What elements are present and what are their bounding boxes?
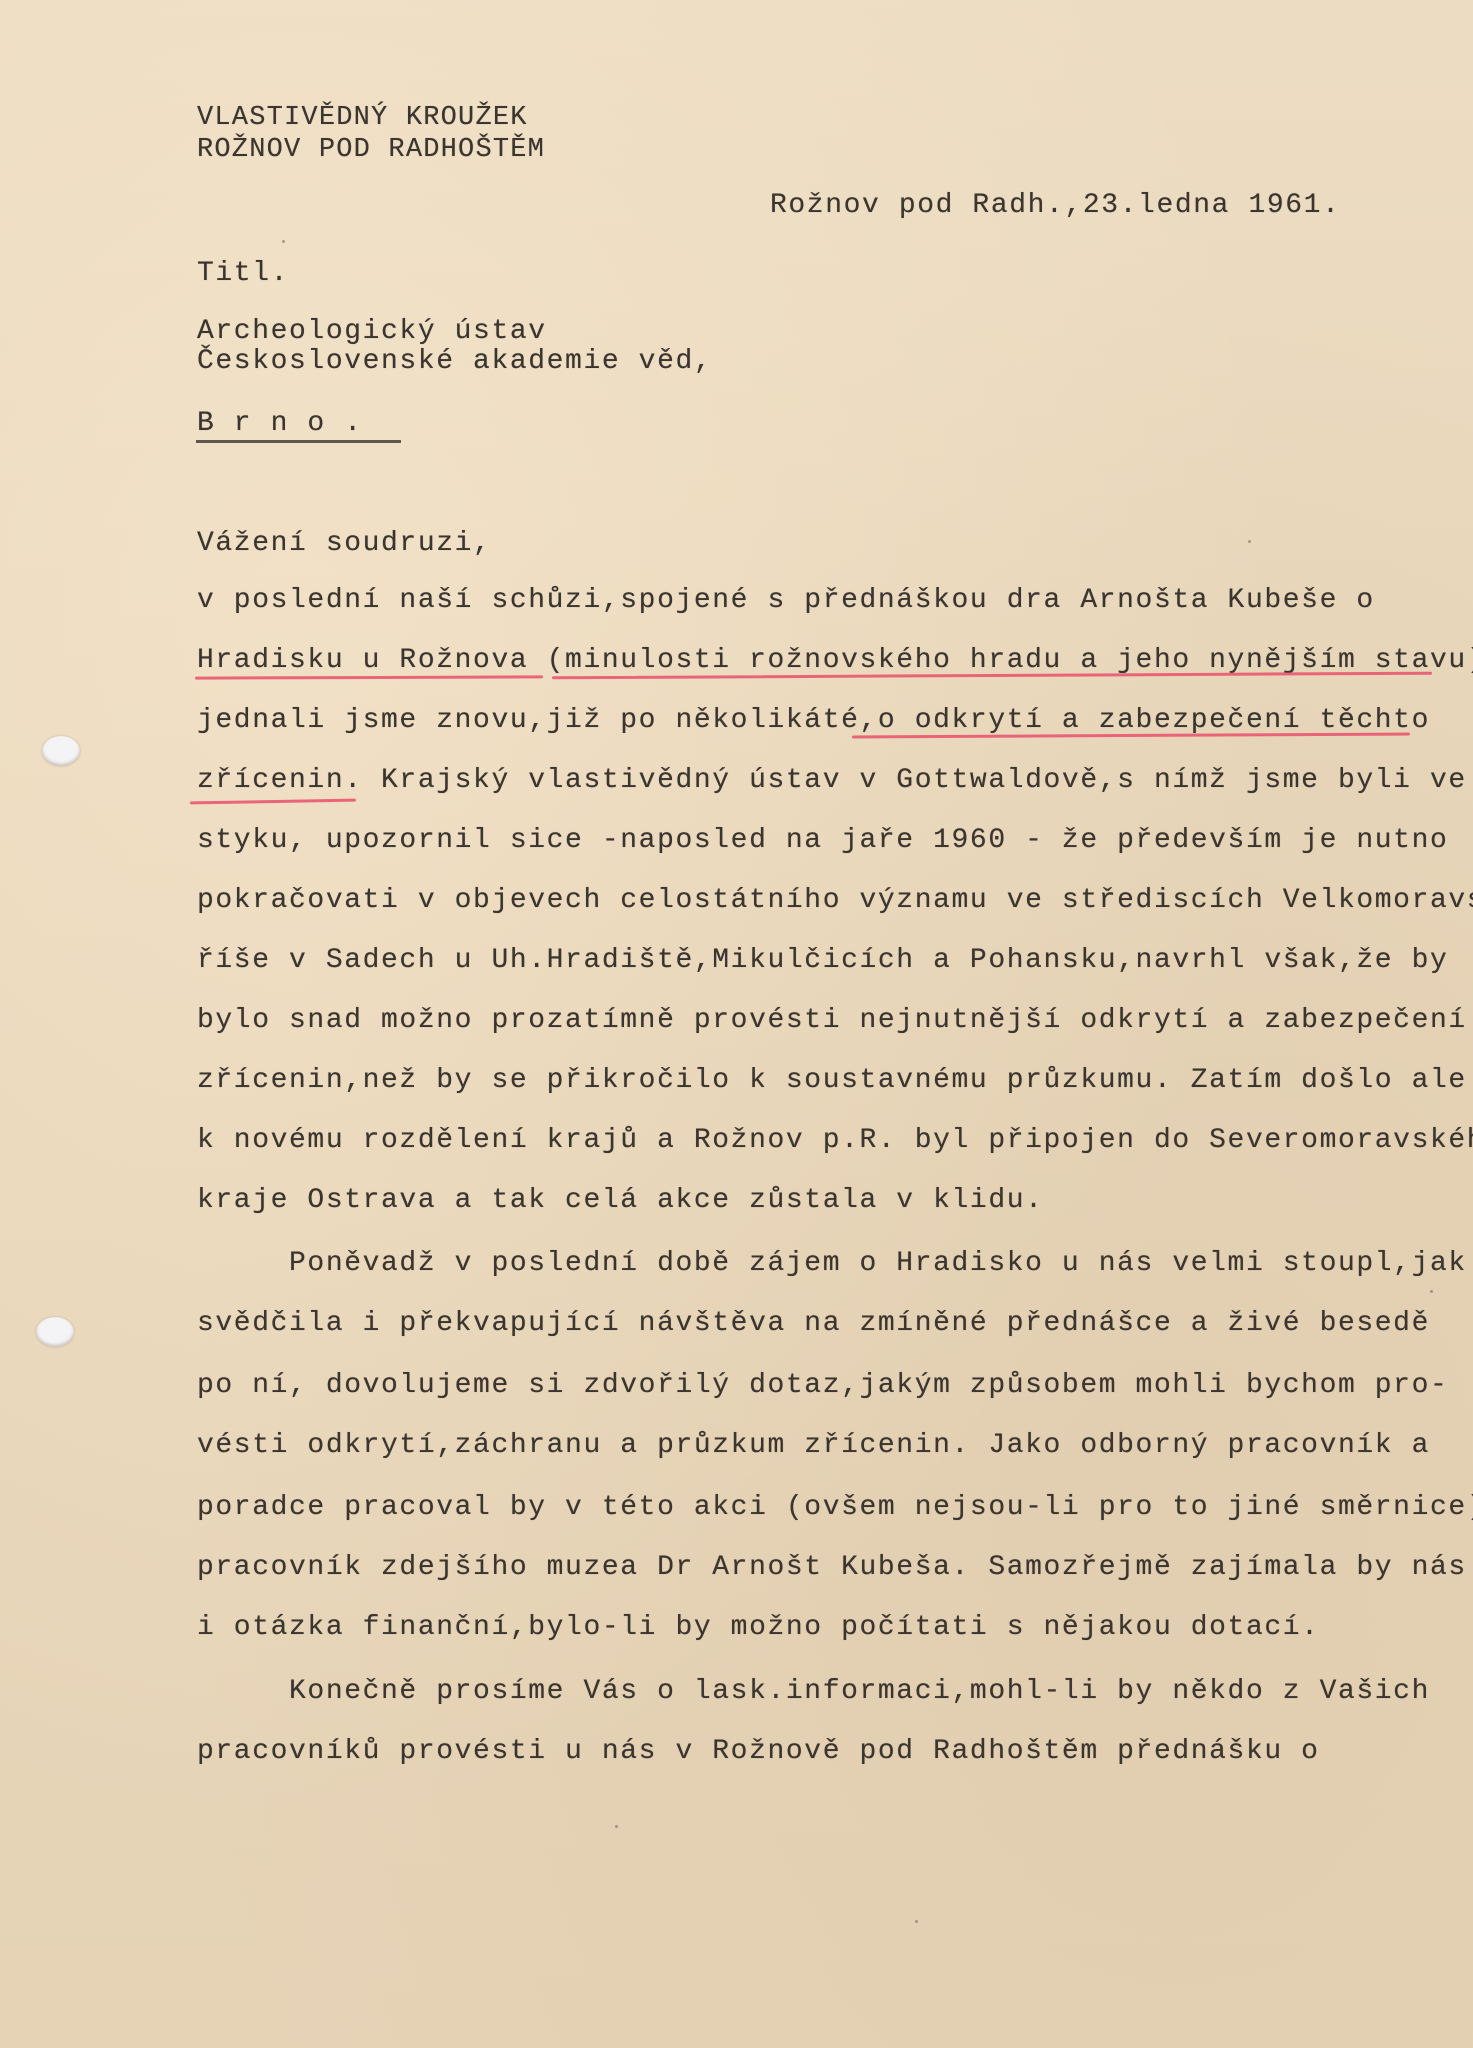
body-line: bylo snad možno prozatímně provésti nejn… [197, 1007, 1467, 1035]
body-line: po ní, dovolujeme si zdvořilý dotaz,jaký… [197, 1372, 1448, 1400]
paper-speck [915, 1920, 918, 1923]
letterhead-line-2: ROŽNOV POD RADHOŠTĚM [197, 137, 545, 164]
recipient-title: Titl. [197, 260, 289, 288]
body-line: jednali jsme znovu,již po několikáté,o o… [197, 707, 1430, 735]
city-underline [196, 440, 401, 443]
body-line: pokračovati v objevech celostátního význ… [197, 887, 1473, 915]
paper-speck [282, 240, 285, 243]
letterhead-line-1: VLASTIVĚDNÝ KROUŽEK [197, 105, 528, 132]
paper-speck [615, 1825, 618, 1828]
body-line: Hradisku u Rožnova (minulosti rožnovskéh… [197, 647, 1473, 675]
body-line: Poněvadž v poslední době zájem o Hradisk… [197, 1250, 1467, 1278]
body-line: pracovníků provésti u nás v Rožnově pod … [197, 1738, 1320, 1766]
greeting: Vážení soudruzi, [197, 530, 491, 558]
recipient-city: B r n o . [197, 410, 363, 438]
punch-hole-top [42, 736, 80, 766]
recipient-line-1: Archeologický ústav [197, 318, 547, 346]
paper-speck [1248, 540, 1251, 543]
body-line: v poslední naší schůzi,spojené s přednáš… [197, 587, 1375, 615]
red-underline-hradisku [195, 675, 543, 679]
body-line: zřícenin. Krajský vlastivědný ústav v Go… [197, 767, 1467, 795]
recipient-line-2: Československé akademie věd, [197, 348, 712, 376]
body-line: pracovník zdejšího muzea Dr Arnošt Kubeš… [197, 1554, 1467, 1582]
body-line: k novému rozdělení krajů a Rožnov p.R. b… [197, 1127, 1473, 1155]
red-underline-zricenin [190, 799, 356, 805]
paper-speck [1430, 1290, 1433, 1293]
body-line: vésti odkrytí,záchranu a průzkum zříceni… [197, 1432, 1430, 1460]
body-line: říše v Sadech u Uh.Hradiště,Mikulčicích … [197, 947, 1448, 975]
body-line: kraje Ostrava a tak celá akce zůstala v … [197, 1187, 1044, 1215]
date-line: Rožnov pod Radh.,23.ledna 1961. [770, 192, 1341, 220]
body-line: zřícenin,než by se přikročilo k soustavn… [197, 1067, 1467, 1095]
body-line: poradce pracoval by v této akci (ovšem n… [197, 1494, 1473, 1522]
body-line: Konečně prosíme Vás o lask.informaci,moh… [197, 1678, 1430, 1706]
punch-hole-bottom [36, 1317, 74, 1347]
body-line: svědčila i překvapující návštěva na zmín… [197, 1310, 1430, 1338]
letter-page: VLASTIVĚDNÝ KROUŽEK ROŽNOV POD RADHOŠTĚM… [0, 0, 1473, 2048]
body-line: i otázka finanční,bylo-li by možno počít… [197, 1614, 1320, 1642]
body-line: styku, upozornil sice -naposled na jaře … [197, 827, 1448, 855]
